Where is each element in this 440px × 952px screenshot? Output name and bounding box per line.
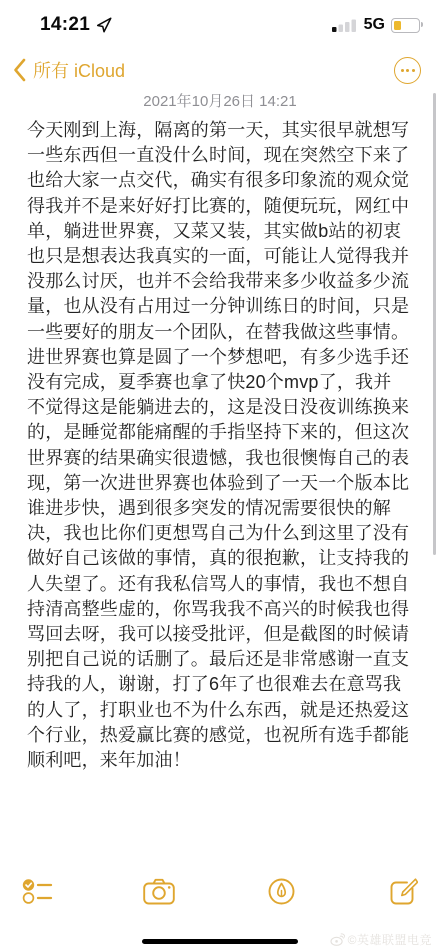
weibo-icon — [330, 933, 345, 946]
note-date: 2021年10月26日 14:21 — [0, 90, 440, 111]
note-text-line: 也只是想表达我真实的一面，可能让人觉得我并 — [27, 244, 413, 269]
status-time: 14:21 — [40, 14, 90, 36]
battery-level — [394, 21, 401, 30]
camera-icon — [143, 878, 175, 905]
notes-toolbar — [0, 874, 440, 908]
note-text-line: 的，是睡觉都能痛醒的手指坚持下来的，但这次 — [27, 420, 413, 445]
scrollbar[interactable] — [433, 93, 436, 555]
notes-app-screen: 14:21 5G 所有 iCloud — [0, 0, 440, 952]
compose-button[interactable] — [386, 874, 420, 908]
note-text-line: 顺利吧，来年加油！ — [27, 748, 413, 773]
camera-button[interactable] — [142, 874, 176, 908]
note-text-line: 持清高整些虚的，你骂我我不高兴的时候我也得 — [27, 597, 413, 622]
note-text-line: 做好自己该做的事情，真的很抱歉，让支持我的 — [27, 546, 413, 571]
note-body-text[interactable]: 今天刚到上海，隔离的第一天，其实很早就想写 一些东西但一直没什么时间，现在突然空… — [27, 118, 413, 773]
more-options-button[interactable] — [394, 57, 421, 84]
note-text-line: 今天刚到上海，隔离的第一天，其实很早就想写 — [27, 118, 413, 143]
note-text-line: 一些要好的朋友一个团队，在替我做这些事情。 — [27, 320, 413, 345]
note-text-line: 得我并不是来好好打比赛的，随便玩玩，网红中 — [27, 194, 413, 219]
watermark-text: ©英雄联盟电竞 — [348, 931, 432, 948]
note-text-line: 持我的人，谢谢，打了6年了也很难去在意骂我 — [27, 672, 413, 697]
note-text-line: 个行业，热爱赢比赛的感觉，也祝所有选手都能 — [27, 723, 413, 748]
markup-button[interactable] — [264, 874, 298, 908]
note-text-line: 没那么讨厌，也并不会给我带来多少收益多少流 — [27, 269, 413, 294]
note-text-line: 世界赛的结果确实很遗憾，我也很懊悔自己的表 — [27, 446, 413, 471]
back-button[interactable]: 所有 iCloud — [13, 57, 125, 83]
note-text-line: 进世界赛也算是圆了一个梦想吧，有多少选手还 — [27, 345, 413, 370]
ellipsis-icon — [401, 69, 404, 72]
compose-icon — [389, 877, 418, 906]
location-arrow-icon — [95, 16, 113, 34]
status-bar: 14:21 5G — [0, 0, 440, 48]
note-text-line: 一些东西但一直没什么时间，现在突然空下来了 — [27, 143, 413, 168]
note-text-line: 没有完成，夏季赛也拿了快20个mvp了，我并 — [27, 370, 413, 395]
note-text-line: 单，躺进世界赛，又菜又装，其实做b站的初衷 — [27, 219, 413, 244]
note-text-line: 也给大家一点交代，确实有很多印象流的观众觉 — [27, 168, 413, 193]
note-text-line: 谁进步快，遇到很多突发的情况需要很快的解 — [27, 496, 413, 521]
checklist-button[interactable] — [20, 874, 54, 908]
note-text-line: 的人了，打职业也不为什么东西，就是还热爱这 — [27, 698, 413, 723]
chevron-left-icon — [13, 58, 26, 82]
note-text-line: 人失望了。还有我私信骂人的事情，我也不想自 — [27, 572, 413, 597]
note-text-line: 现，第一次进世界赛也体验到了一天一个版本比 — [27, 471, 413, 496]
battery-icon — [391, 18, 420, 33]
markup-pen-icon — [268, 878, 295, 905]
checklist-icon — [22, 878, 53, 905]
back-button-label: 所有 iCloud — [33, 57, 125, 83]
note-text-line: 骂回去呀，我可以接受批评，但是截图的时候请 — [27, 622, 413, 647]
note-text-line: 决，我也比你们更想骂自己为什么到这里了没有 — [27, 521, 413, 546]
network-type-label: 5G — [364, 16, 385, 34]
watermark: ©英雄联盟电竞 — [330, 931, 432, 948]
note-text-line: 不觉得这是能躺进去的，这是没日没夜训练换来 — [27, 395, 413, 420]
note-text-line: 量，也从没有占用过一分钟训练日的时间，只是 — [27, 294, 413, 319]
home-indicator[interactable] — [142, 939, 298, 945]
nav-bar: 所有 iCloud — [0, 55, 440, 91]
signal-strength-icon — [332, 18, 358, 32]
note-text-line: 别把自己说的话删了。最后还是非常感谢一直支 — [27, 647, 413, 672]
